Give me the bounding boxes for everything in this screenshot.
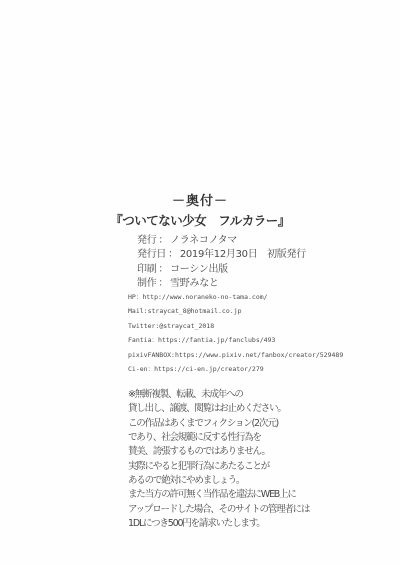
link-label: HP bbox=[128, 293, 136, 301]
link-url: @straycat_2018 bbox=[159, 322, 214, 330]
publication-row-printer: 印刷：コーシン出版 bbox=[137, 263, 306, 277]
link-url: straycat_8@hotmail.co.jp bbox=[148, 307, 242, 315]
publication-value: ノラネコノタマ bbox=[170, 235, 237, 246]
book-title: 『ついてない少女 フルカラー』 bbox=[0, 211, 400, 229]
disclaimer-line: アップロードした場合、そのサイトの管理者には bbox=[128, 503, 309, 517]
link-row-fantia: Fantia：https://fantia.jp/fanclubs/493 bbox=[128, 333, 343, 347]
publication-separator: ： bbox=[168, 249, 178, 260]
section-title: －奥付－ bbox=[0, 190, 400, 209]
publication-row-date: 発行日：2019年12月30日 初版発行 bbox=[137, 248, 306, 262]
link-label: Twitter bbox=[128, 322, 155, 330]
publication-separator: ： bbox=[158, 278, 168, 289]
link-row-hp: HP：http://www.noraneko-no-tama.com/ bbox=[128, 290, 343, 304]
links-list: HP：http://www.noraneko-no-tama.com/ Mail… bbox=[128, 290, 343, 377]
link-row-mail: Mail:straycat_8@hotmail.co.jp bbox=[128, 304, 343, 318]
link-url: https://fantia.jp/fanclubs/493 bbox=[158, 336, 275, 344]
publication-value: コーシン出版 bbox=[170, 264, 228, 275]
disclaimer-line: 賛美、誇張するものではありません。 bbox=[128, 445, 309, 459]
publication-label: 印刷 bbox=[137, 264, 156, 275]
disclaimer-line: ※無断複製、転載、未成年への bbox=[128, 388, 309, 402]
link-row-cien: Ci-en：https://ci-en.jp/creator/279 bbox=[128, 362, 343, 376]
link-row-twitter: Twitter:@straycat_2018 bbox=[128, 319, 343, 333]
link-label: pixivFANBOX bbox=[128, 351, 171, 359]
disclaimer-text: ※無断複製、転載、未成年への 貸し出し、譲渡、閲覧はお止めください。 この作品は… bbox=[128, 388, 309, 531]
disclaimer-line: 1DLにつき500円を請求いたします。 bbox=[128, 517, 309, 531]
publication-label: 発行日 bbox=[137, 249, 166, 260]
publication-separator: ： bbox=[158, 235, 168, 246]
disclaimer-line: この作品はあくまでフィクション(2次元) bbox=[128, 417, 309, 431]
publication-label: 発行 bbox=[137, 235, 156, 246]
disclaimer-line: あるので絶対にやめましょう。 bbox=[128, 474, 309, 488]
publication-label: 制作 bbox=[137, 278, 156, 289]
link-label: Mail bbox=[128, 307, 144, 315]
link-url: https://ci-en.jp/creator/279 bbox=[154, 365, 264, 373]
link-label: Fantia bbox=[128, 336, 151, 344]
link-label: Ci-en bbox=[128, 365, 148, 373]
publication-value: 2019年12月30日 初版発行 bbox=[180, 249, 306, 260]
disclaimer-line: であり、社会規範に反する性行為を bbox=[128, 431, 309, 445]
link-url: http://www.noraneko-no-tama.com/ bbox=[142, 293, 267, 301]
link-row-pixivfanbox: pixivFANBOX:https://www.pixiv.net/fanbox… bbox=[128, 348, 343, 362]
link-url: https://www.pixiv.net/fanbox/creator/529… bbox=[175, 351, 343, 359]
disclaimer-line: 実際にやると犯罪行為にあたることが bbox=[128, 460, 309, 474]
publication-info: 発行：ノラネコノタマ 発行日：2019年12月30日 初版発行 印刷：コーシン出… bbox=[137, 234, 306, 292]
colophon-page: －奥付－ 『ついてない少女 フルカラー』 発行：ノラネコノタマ 発行日：2019… bbox=[0, 0, 400, 565]
disclaimer-line: また当方の許可無く当作品を違法にWEB上に bbox=[128, 488, 309, 502]
publication-separator: ： bbox=[158, 264, 168, 275]
disclaimer-line: 貸し出し、譲渡、閲覧はお止めください。 bbox=[128, 402, 309, 416]
publication-value: 雪野みなと bbox=[170, 278, 219, 289]
publication-row-publisher: 発行：ノラネコノタマ bbox=[137, 234, 306, 248]
